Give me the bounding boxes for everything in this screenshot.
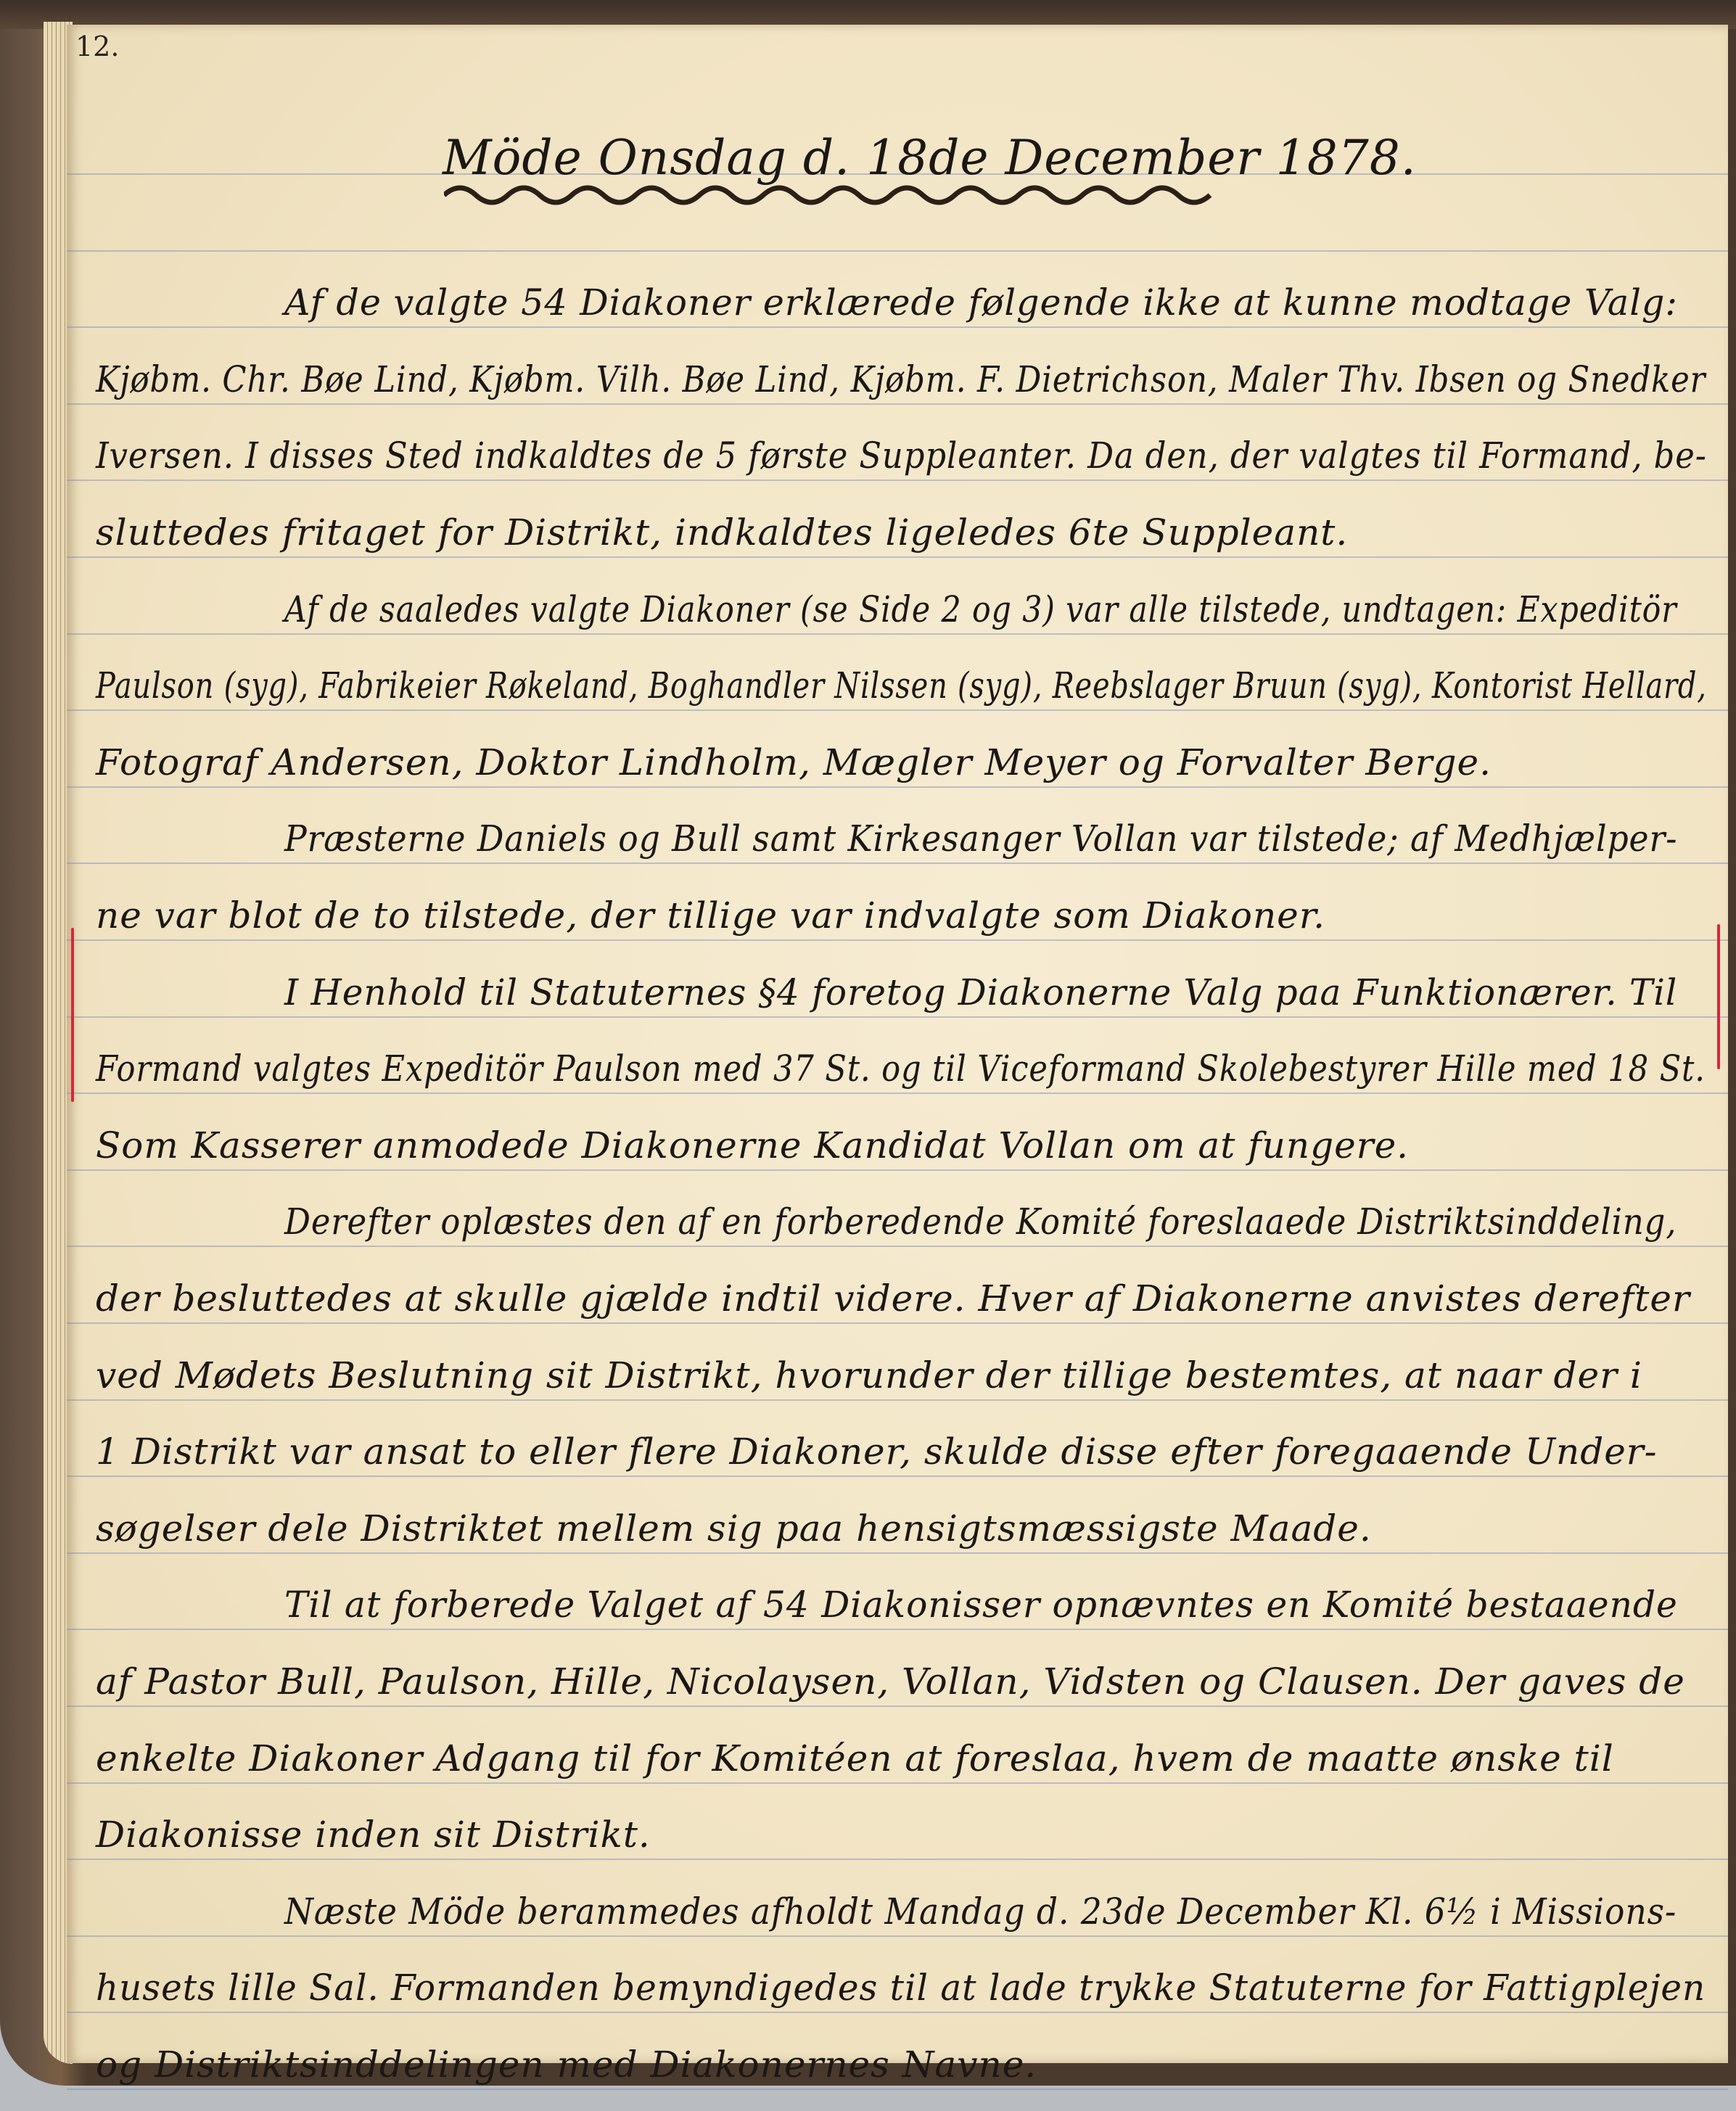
text-line: Præsterne Daniels og Bull samt Kirkesang… <box>284 818 1677 860</box>
ruled-line <box>67 556 1728 558</box>
ruled-line <box>67 1552 1728 1554</box>
ledger-page: 12. Möde Onsdag d. 18de December 1878. A… <box>67 25 1728 2063</box>
text-line: Fotograf Andersen, Doktor Lindholm, Mægl… <box>96 741 1492 783</box>
margin-mark-right <box>1717 924 1720 1069</box>
text-line: sluttedes fritaget for Distrikt, indkald… <box>96 511 1348 554</box>
text-line: søgelser dele Distriktet mellem sig paa … <box>96 1507 1372 1550</box>
text-line: Iversen. I disses Sted indkaldtes de 5 f… <box>96 435 1707 477</box>
text-line: ne var blot de to tilstede, der tillige … <box>96 894 1325 937</box>
ruled-line <box>67 1476 1728 1477</box>
text-line: Næste Möde berammedes afholdt Mandag d. … <box>284 1890 1677 1933</box>
ruled-line <box>67 2089 1728 2090</box>
text-line: Til at forberede Valget af 54 Diakonisse… <box>284 1584 1678 1626</box>
ruled-line <box>67 403 1728 405</box>
ruled-line <box>67 1016 1728 1018</box>
text-line: Af de valgte 54 Diakoner erklærede følge… <box>284 281 1678 324</box>
ruled-line <box>67 1935 1728 1937</box>
ruled-line <box>67 1169 1728 1171</box>
ruled-line <box>67 1629 1728 1630</box>
text-line: husets lille Sal. Formanden bemyndigedes… <box>96 1967 1706 2009</box>
page-number: 12. <box>75 30 119 62</box>
ruled-line <box>67 786 1728 788</box>
ruled-line <box>67 2012 1728 2013</box>
text-line: ved Mødets Beslutning sit Distrikt, hvor… <box>96 1354 1642 1396</box>
text-line: Formand valgtes Expeditör Paulson med 37… <box>96 1048 1706 1090</box>
ruled-line <box>67 863 1728 864</box>
ruled-line <box>67 1859 1728 1860</box>
ruled-line <box>67 633 1728 635</box>
text-line: Paulson (syg), Fabrikeier Røkeland, Bogh… <box>96 664 1707 707</box>
text-line: og Distriktsinddelingen med Diakonernes … <box>96 2044 1037 2086</box>
text-line: enkelte Diakoner Adgang til for Komitéen… <box>96 1737 1614 1779</box>
ruled-line <box>67 1246 1728 1247</box>
margin-mark-left <box>71 928 74 1102</box>
ruled-line <box>67 1092 1728 1094</box>
text-line: Derefter oplæstes den af en forberedende… <box>284 1201 1677 1243</box>
text-line: Som Kasserer anmodede Diakonerne Kandida… <box>96 1124 1409 1166</box>
ruled-line <box>67 1322 1728 1324</box>
title-underline-squiggle <box>444 181 1213 210</box>
ruled-line <box>67 250 1728 252</box>
text-line: Diakonisse inden sit Distrikt. <box>96 1814 651 1856</box>
ruled-line <box>67 1782 1728 1784</box>
ruled-line <box>67 939 1728 941</box>
text-line: Af de saaledes valgte Diakoner (se Side … <box>284 588 1677 630</box>
text-line: Kjøbm. Chr. Bøe Lind, Kjøbm. Vilh. Bøe L… <box>96 358 1706 400</box>
ruled-line <box>67 480 1728 481</box>
ruled-line <box>67 709 1728 711</box>
ruled-line <box>67 326 1728 328</box>
text-line: der besluttedes at skulle gjælde indtil … <box>96 1277 1690 1320</box>
text-line: I Henhold til Statuternes §4 foretog Dia… <box>284 971 1677 1013</box>
ruled-line <box>67 1399 1728 1401</box>
text-line: 1 Distrikt var ansat to eller flere Diak… <box>96 1431 1658 1473</box>
text-line: af Pastor Bull, Paulson, Hille, Nicolays… <box>96 1661 1685 1703</box>
ruled-line <box>67 1705 1728 1707</box>
meeting-title: Möde Onsdag d. 18de December 1878. <box>443 130 1417 186</box>
